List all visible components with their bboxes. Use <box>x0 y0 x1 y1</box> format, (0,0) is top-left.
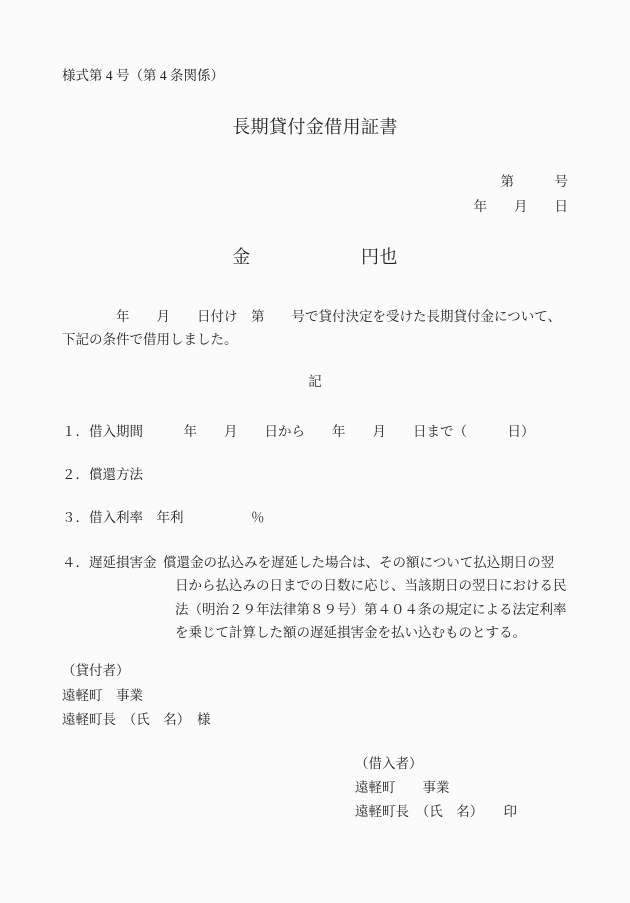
amount-line: 金 円也 <box>0 243 630 269</box>
item-repayment-method: ２．償還方法 <box>62 463 143 483</box>
item-interest-rate: ３．借入利率 年利 ％ <box>62 506 265 526</box>
borrower-organization: 遠軽町 事業 <box>355 776 517 800</box>
list-marker-ki: 記 <box>0 370 630 390</box>
borrower-signatory: 遠軽町長 （氏 名） 印 <box>355 800 517 824</box>
borrower-heading: （借入者） <box>355 752 517 776</box>
date-line: 年 月 日 <box>474 195 569 215</box>
borrower-block: （借入者） 遠軽町 事業 遠軽町長 （氏 名） 印 <box>355 752 517 824</box>
form-number: 様式第 4 号（第 4 条関係） <box>62 64 224 84</box>
item-late-penalty-text: 償還金の払込みを遅延した場合は、その額について払込期日の翌 日から払込みの日まで… <box>175 551 567 645</box>
intro-paragraph: 年 月 日付け 第 号で貸付決定を受けた長期貸付金について、 下記の条件で借用し… <box>62 306 561 351</box>
loan-certificate-document: 様式第 4 号（第 4 条関係） 長期貸付金借用証書 第 号 年 月 日 金 円… <box>0 0 630 903</box>
item-late-penalty-label: ４．遅延損害金 <box>62 551 157 571</box>
item-borrowing-period: １．借入期間 年 月 日から 年 月 日まで（ 日） <box>62 420 535 440</box>
lender-signatory: 遠軽町長 （氏 名） 様 <box>62 708 211 733</box>
lender-block: （貸付者） 遠軽町 事業 遠軽町長 （氏 名） 様 <box>62 659 211 733</box>
lender-organization: 遠軽町 事業 <box>62 684 211 709</box>
lender-heading: （貸付者） <box>62 659 211 684</box>
document-title: 長期貸付金借用証書 <box>0 113 630 139</box>
document-number-line: 第 号 <box>501 170 569 190</box>
